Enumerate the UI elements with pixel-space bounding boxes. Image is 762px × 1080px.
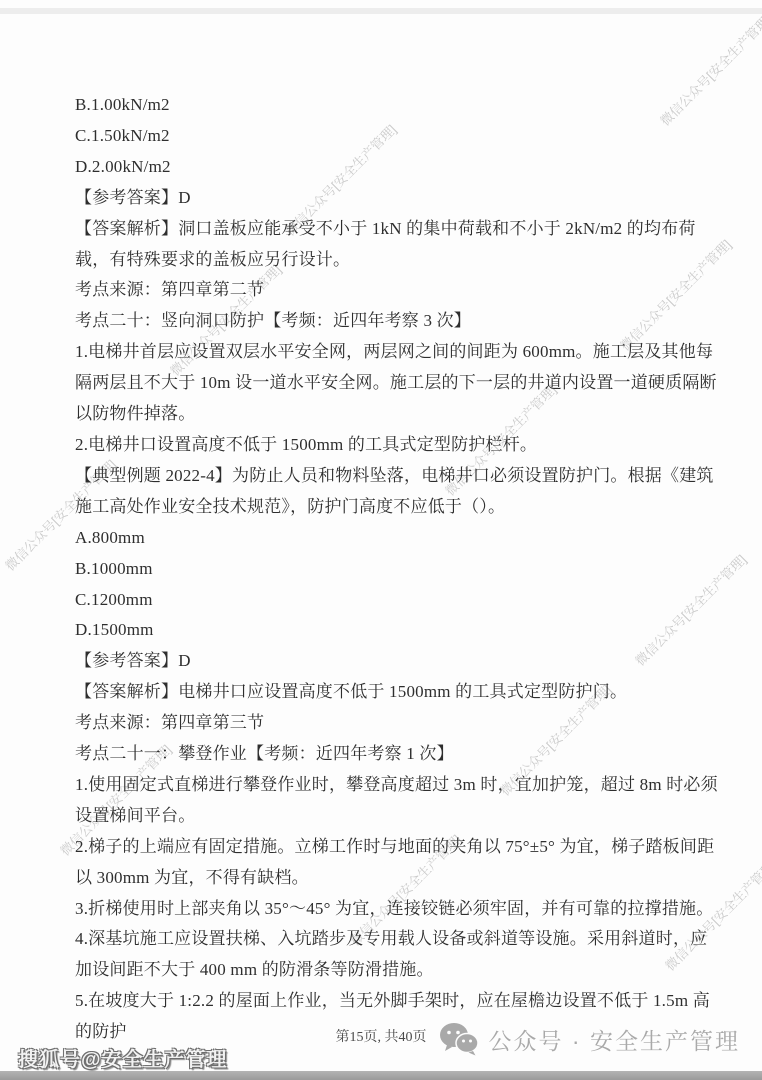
paragraph: 3.折梯使用时上部夹角以 35°～45° 为宜，连接铰链必须牢固，并有可靠的拉撑… bbox=[75, 894, 723, 925]
paragraph: B.1.00kN/m2 bbox=[75, 90, 723, 121]
page-top-edge bbox=[0, 8, 762, 14]
paragraph: D.2.00kN/m2 bbox=[75, 152, 723, 183]
paragraph: A.800mm bbox=[75, 523, 723, 554]
wechat-icon bbox=[439, 1022, 479, 1056]
paragraph: 1.电梯井首层应设置双层水平安全网，两层网之间的间距为 600mm。施工层及其他… bbox=[75, 337, 723, 430]
paragraph: 1.使用固定式直梯进行攀登作业时，攀登高度超过 3m 时，宜加护笼，超过 8m … bbox=[75, 770, 723, 832]
page-bottom-edge bbox=[0, 1071, 762, 1080]
paragraph: 考点二十：竖向洞口防护【考频：近四年考察 3 次】 bbox=[75, 306, 723, 337]
paragraph: 【参考答案】D bbox=[75, 183, 723, 214]
paragraph: 考点来源：第四章第三节 bbox=[75, 708, 723, 739]
document-body: B.1.00kN/m2C.1.50kN/m2D.2.00kN/m2【参考答案】D… bbox=[75, 90, 723, 1048]
paragraph: 【参考答案】D bbox=[75, 646, 723, 677]
paragraph: C.1200mm bbox=[75, 585, 723, 616]
paragraph: 考点二十一：攀登作业【考频：近四年考察 1 次】 bbox=[75, 739, 723, 770]
paragraph: 【典型例题 2022-4】为防止人员和物料坠落，电梯井口必须设置防护门。根据《建… bbox=[75, 461, 723, 523]
paragraph: 【答案解析】洞口盖板应能承受不小于 1kN 的集中荷载和不小于 2kN/m2 的… bbox=[75, 214, 723, 276]
sohu-account-watermark: 搜狐号@安全生产管理 bbox=[18, 1043, 228, 1072]
paragraph: D.1500mm bbox=[75, 615, 723, 646]
paragraph: 4.深基坑施工应设置扶梯、入坑踏步及专用载人设备或斜道等设施。采用斜道时，应加设… bbox=[75, 924, 723, 986]
paragraph: 2.电梯井口设置高度不低于 1500mm 的工具式定型防护栏杆。 bbox=[75, 430, 723, 461]
wechat-official-account-brand: 公众号 · 安全生产管理 bbox=[439, 1022, 740, 1056]
paragraph: C.1.50kN/m2 bbox=[75, 121, 723, 152]
paragraph: 【答案解析】电梯井口应设置高度不低于 1500mm 的工具式定型防护门。 bbox=[75, 677, 723, 708]
paragraph: B.1000mm bbox=[75, 554, 723, 585]
paragraph: 2.梯子的上端应有固定措施。立梯工作时与地面的夹角以 75°±5° 为宜，梯子踏… bbox=[75, 832, 723, 894]
wechat-account-label: 公众号 · 安全生产管理 bbox=[489, 1023, 740, 1056]
paragraph: 考点来源：第四章第二节 bbox=[75, 275, 723, 306]
